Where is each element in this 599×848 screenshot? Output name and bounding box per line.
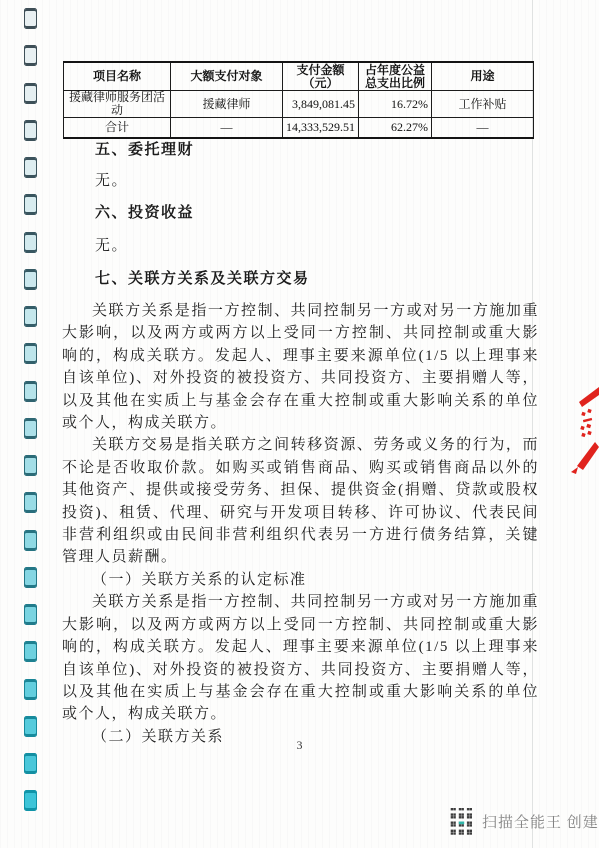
binding-hole: [24, 418, 37, 439]
table-row: 援藏律师服务团活动援藏律师3,849,081.4516.72%工作补贴: [64, 91, 534, 118]
table-column-header: 支付金额（元）: [283, 62, 359, 91]
table-cell: 3,849,081.45: [283, 91, 359, 118]
red-seal-stamp: [569, 386, 599, 476]
scanner-credit-text: 扫描全能王 创建: [482, 811, 599, 832]
table-cell: 62.27%: [359, 118, 432, 139]
table-cell: —: [432, 118, 534, 139]
paragraph-related-party-relationship: 关联方关系是指一方控制、共同控制另一方或对另一方施加重大影响，以及两方或两方以上…: [62, 300, 539, 434]
qr-code-icon: [448, 808, 475, 835]
table-column-header: 用途: [432, 62, 534, 91]
section-5-body: 无。: [62, 170, 540, 192]
binding-hole: [24, 83, 37, 104]
section-6-heading: 六、投资收益: [62, 202, 540, 224]
binding-hole: [24, 381, 37, 402]
table-cell: 14,333,529.51: [283, 118, 359, 139]
binding-hole: [24, 45, 37, 66]
scanner-footer: 扫描全能王 创建: [448, 806, 599, 836]
binding-hole: [24, 716, 37, 737]
section-5-heading: 五、委托理财: [62, 139, 540, 161]
subsection-1-heading: （一）关联方关系的认定标准: [62, 569, 539, 591]
binding-hole: [24, 641, 37, 662]
table-row: 合计—14,333,529.5162.27%—: [64, 118, 534, 139]
scanned-document-page: 项目名称大额支付对象支付金额（元）占年度公益总支出比例用途 援藏律师服务团活动援…: [0, 0, 599, 848]
large-payments-table: 项目名称大额支付对象支付金额（元）占年度公益总支出比例用途 援藏律师服务团活动援…: [63, 61, 534, 139]
binding-hole: [24, 306, 37, 327]
table-cell: 工作补贴: [432, 91, 534, 118]
table-column-header: 大额支付对象: [171, 62, 283, 91]
binding-hole: [24, 567, 37, 588]
binding-hole: [24, 604, 37, 625]
table-column-header: 占年度公益总支出比例: [359, 62, 432, 91]
binding-hole: [24, 120, 37, 141]
binding-hole: [24, 753, 37, 774]
section-7-heading: 七、关联方关系及关联方交易: [62, 268, 540, 290]
binding-hole: [24, 455, 37, 476]
table-cell: 援藏律师: [171, 91, 283, 118]
table-cell: 合计: [64, 118, 171, 139]
page-number: 3: [0, 738, 599, 753]
binding-hole: [24, 790, 37, 811]
binding-hole: [24, 232, 37, 253]
binding-hole: [24, 343, 37, 364]
binding-hole: [24, 8, 37, 29]
binding-hole: [24, 530, 37, 551]
table-cell: 16.72%: [359, 91, 432, 118]
red-seal-graphic: [569, 386, 599, 476]
section-6-body: 无。: [62, 235, 540, 257]
table-cell: 援藏律师服务团活动: [64, 91, 171, 118]
binding-hole: [24, 194, 37, 215]
section-7-content: 关联方关系是指一方控制、共同控制另一方或对另一方施加重大影响，以及两方或两方以上…: [62, 300, 539, 748]
paragraph-recognition-standard: 关联方关系是指一方控制、共同控制另一方或对另一方施加重大影响，以及两方或两方以上…: [62, 591, 539, 725]
table-header-row: 项目名称大额支付对象支付金额（元）占年度公益总支出比例用途: [64, 62, 534, 91]
binding-hole: [24, 269, 37, 290]
binding-hole: [24, 157, 37, 178]
paragraph-related-party-transaction: 关联方交易是指关联方之间转移资源、劳务或义务的行为，而不论是否收取价款。如购买或…: [62, 434, 539, 568]
binding-hole: [24, 679, 37, 700]
binding-hole: [24, 492, 37, 513]
table-cell: —: [171, 118, 283, 139]
table-column-header: 项目名称: [64, 62, 171, 91]
